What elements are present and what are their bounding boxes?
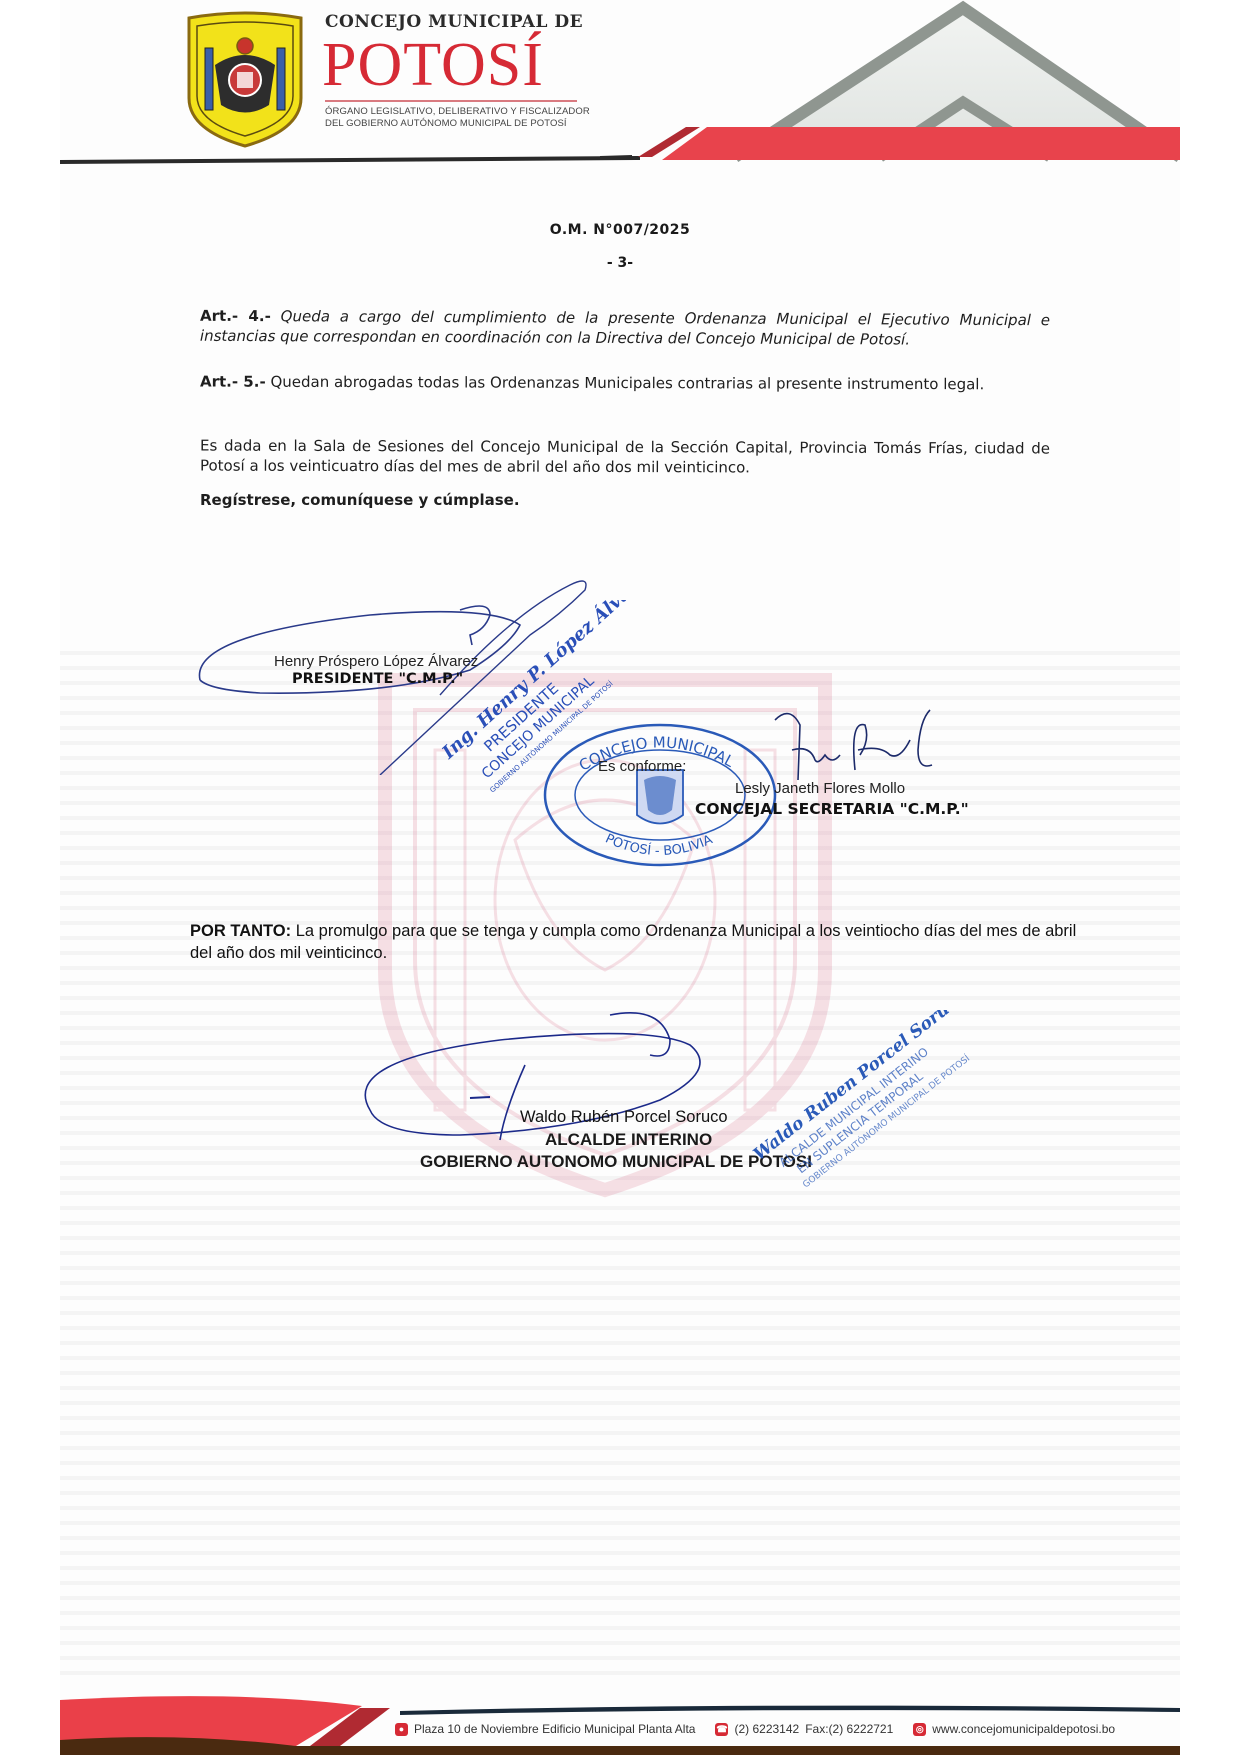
article-5: Art.- 5.- Quedan abrogadas todas las Ord…: [200, 372, 1050, 395]
article-4-text: Queda a cargo del cumplimiento de la pre…: [200, 307, 1050, 348]
phone-icon: ☎: [715, 1723, 728, 1736]
org-line1: CONCEJO MUNICIPAL DE: [325, 12, 583, 32]
closing-formula: Regístrese, comuníquese y cúmplase.: [200, 490, 1050, 510]
municipal-crest-logo: [185, 10, 305, 150]
given-at-paragraph: Es dada en la Sala de Sesiones del Conce…: [200, 436, 1050, 479]
footer-website[interactable]: www.concejomunicipaldepotosi.bo: [932, 1722, 1115, 1736]
mayor-name: Waldo Rubén Porcel Soruco: [520, 1108, 728, 1127]
org-subtitle-line2: DEL GOBIERNO AUTÓNOMO MUNICIPAL DE POTOS…: [325, 118, 590, 130]
location-pin-icon: ●: [395, 1723, 408, 1736]
promulgation-label: POR TANTO:: [190, 922, 291, 940]
ordinance-reference: O.M. N°007/2025: [0, 222, 1240, 238]
header-chevron-graphic: [600, 0, 1180, 165]
article-5-text: Quedan abrogadas todas las Ordenanzas Mu…: [270, 373, 984, 393]
mayor-title: ALCALDE INTERINO: [545, 1130, 712, 1150]
secretary-prefix: Es conforme:: [598, 758, 686, 775]
promulgation-text: La promulgo para que se tenga y cumpla c…: [190, 922, 1076, 962]
article-4: Art.- 4.- Queda a cargo del cumplimiento…: [200, 306, 1050, 350]
promulgation-paragraph: POR TANTO: La promulgo para que se tenga…: [190, 920, 1090, 964]
globe-icon: ◎: [913, 1723, 926, 1736]
article-4-label: Art.- 4.-: [200, 307, 271, 325]
article-5-label: Art.- 5.-: [200, 373, 266, 391]
footer-contact: ● Plaza 10 de Noviembre Edificio Municip…: [395, 1722, 1115, 1736]
org-subtitle: ÓRGANO LEGISLATIVO, DELIBERATIVO Y FISCA…: [325, 106, 590, 130]
footer-address: Plaza 10 de Noviembre Edificio Municipal…: [414, 1722, 695, 1736]
mayor-stamp: Waldo Ruben Porcel Soruco ALCALDE MUNICI…: [740, 1010, 970, 1200]
secretary-signature: [770, 700, 950, 790]
footer-phone: (2) 6223142: [734, 1722, 799, 1736]
org-name: POTOSÍ: [322, 34, 544, 96]
secretary-title: CONCEJAL SECRETARIA "C.M.P.": [695, 800, 969, 818]
brand-divider: [325, 100, 577, 102]
org-subtitle-line1: ÓRGANO LEGISLATIVO, DELIBERATIVO Y FISCA…: [325, 106, 590, 118]
footer-fax: Fax:(2) 6222721: [805, 1722, 893, 1736]
page-number: - 3-: [0, 255, 1240, 271]
secretary-name: Lesly Janeth Flores Mollo: [735, 780, 905, 797]
